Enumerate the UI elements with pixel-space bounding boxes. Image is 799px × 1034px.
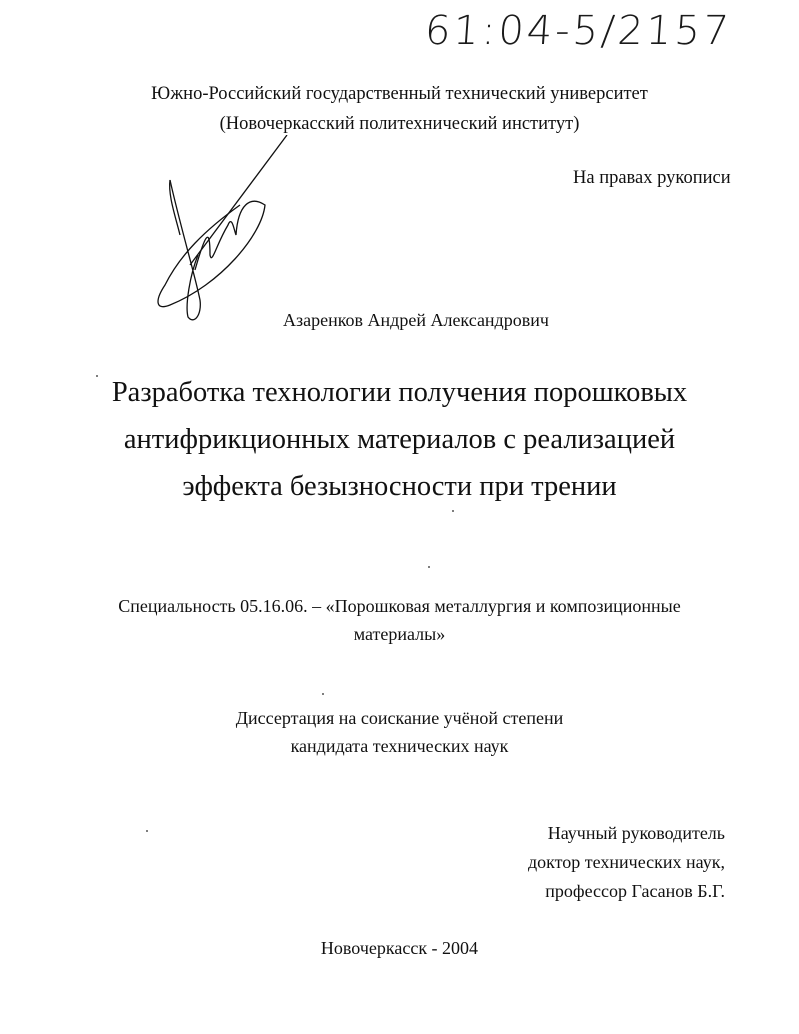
scan-speck bbox=[452, 510, 454, 512]
specialty-line-2: материалы» bbox=[0, 624, 799, 645]
rights-note: На правах рукописи bbox=[573, 168, 731, 189]
archive-stamp: 61:04-5/2157 bbox=[423, 8, 733, 54]
scan-speck bbox=[96, 375, 98, 377]
scan-speck bbox=[428, 566, 430, 568]
scan-speck bbox=[146, 830, 148, 832]
signature-icon bbox=[150, 135, 300, 325]
institute-name: (Новочеркасский политехнический институт… bbox=[0, 114, 799, 135]
author-name: Азаренков Андрей Александрович bbox=[283, 310, 549, 331]
dissertation-title-line-2: антифрикционных материалов с реализацией bbox=[0, 415, 799, 465]
supervisor-degree: доктор технических наук, bbox=[490, 852, 725, 873]
university-name: Южно-Российский государственный техничес… bbox=[0, 84, 799, 105]
degree-line-1: Диссертация на соискание учёной степени bbox=[0, 708, 799, 729]
city-year: Новочеркасск - 2004 bbox=[0, 938, 799, 959]
scan-speck bbox=[322, 693, 324, 695]
dissertation-title-line-1: Разработка технологии получения порошков… bbox=[0, 368, 799, 418]
supervisor-role: Научный руководитель bbox=[490, 823, 725, 844]
dissertation-title-line-3: эффекта безызносности при трении bbox=[0, 462, 799, 512]
degree-line-2: кандидата технических наук bbox=[0, 736, 799, 757]
supervisor-name: профессор Гасанов Б.Г. bbox=[490, 881, 725, 902]
specialty-line-1: Специальность 05.16.06. – «Порошковая ме… bbox=[0, 596, 799, 617]
